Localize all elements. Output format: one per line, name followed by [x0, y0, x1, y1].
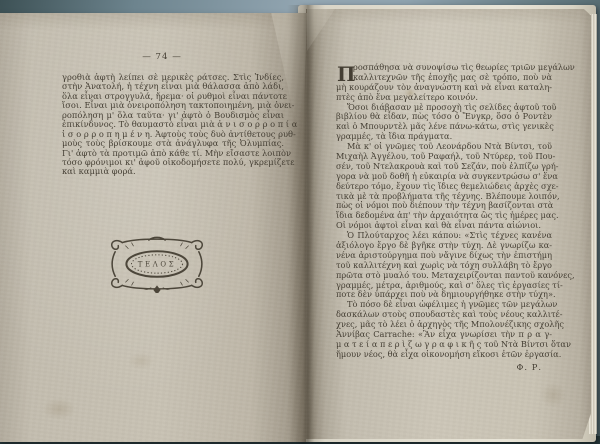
right-text-column: ροσπάθησα νὰ συνοψίσω τὶς θεωρίες τριῶν … [336, 63, 552, 360]
page-number: — 74 — [62, 52, 262, 62]
text-line: ἤμουν νέος, θὰ εἶχα οἰκονομήση εἴκοσι ἐτ… [336, 350, 552, 360]
book-photo: — 74 — γροθιὰ ἀφτὴ λείπει σὲ μερικὲς ράτ… [0, 0, 600, 444]
text-line: καὶ καμμιὰ φορά. [62, 167, 284, 176]
vignette-pendant [153, 285, 160, 293]
left-text-column: γροθιὰ ἀφτὴ λείπει σὲ μερικὲς ράτσες. Στ… [62, 73, 284, 177]
author-initials: Φ. Ρ. [336, 362, 552, 372]
end-vignette-icon: ΤΕΛΟΣ [106, 235, 208, 293]
ornament-label: ΤΕΛΟΣ [138, 261, 177, 269]
